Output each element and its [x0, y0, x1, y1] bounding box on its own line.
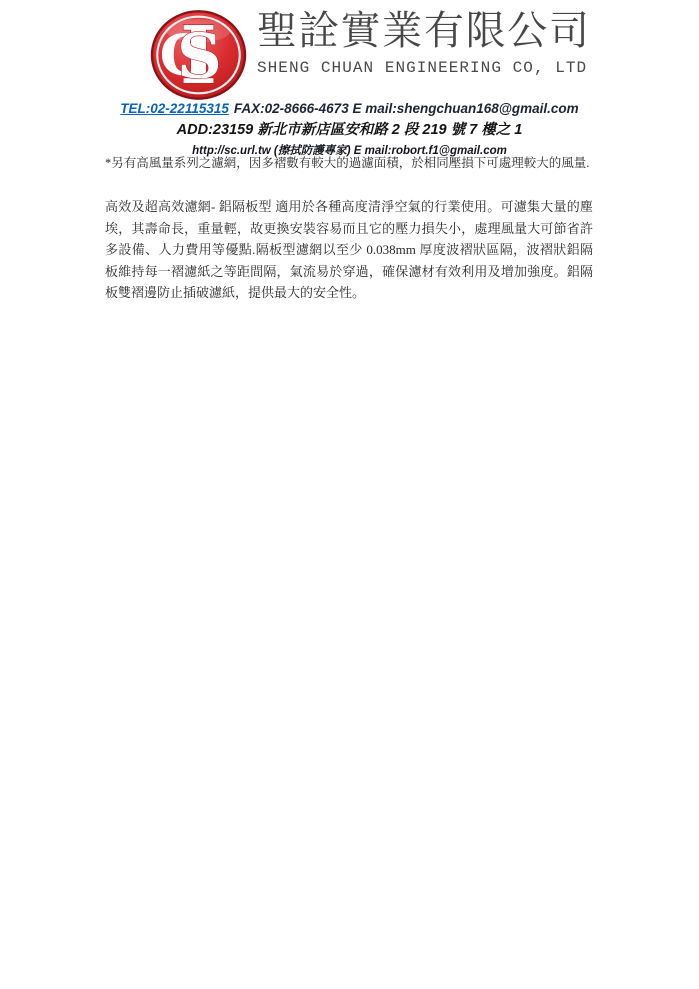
tel-link[interactable]: TEL:02-22115315: [120, 101, 229, 116]
company-logo-icon: C I S: [150, 9, 247, 101]
company-name-chinese: 聖詮實業有限公司: [257, 8, 589, 54]
filter-description-paragraph: 高效及超高效濾網- 鋁隔板型 適用於各種高度清淨空氣的行業使用。可濾集大量的塵埃…: [105, 196, 593, 304]
contact-block: TEL:02-22115315FAX:02-8666-4673 E mail:s…: [0, 101, 699, 158]
tel-fax-email-line: TEL:02-22115315FAX:02-8666-4673 E mail:s…: [0, 101, 699, 116]
company-name-block: 聖詮實業有限公司 SHENG CHUAN ENGINEERING CO, LTD: [257, 8, 589, 77]
document-page: C I S 聖詮實業有限公司 SHENG CHUAN ENGINEERING C…: [0, 0, 699, 989]
high-airflow-note-line: *另有高風量系列之濾網，因多褶數有較大的過濾面積，於相同壓損下可處理較大的風量.: [105, 154, 605, 173]
address-line: ADD:23159 新北市新店區安和路 2 段 219 號 7 樓之 1: [0, 118, 699, 139]
monogram-letter-s: S: [177, 19, 222, 92]
fax-email-text: FAX:02-8666-4673 E mail:shengchuan168@gm…: [234, 101, 579, 116]
sci-monogram-icon: C I S: [150, 9, 247, 101]
company-name-english: SHENG CHUAN ENGINEERING CO, LTD: [257, 59, 589, 77]
